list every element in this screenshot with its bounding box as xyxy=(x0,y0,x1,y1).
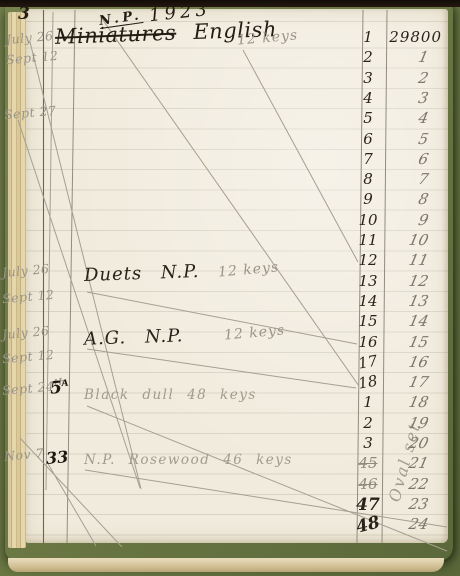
serial-number: 24 xyxy=(382,515,446,535)
serial-number: 18 xyxy=(382,393,446,413)
serial-number: 15 xyxy=(382,333,446,353)
item-number-column: 12345678910111213141516171812345464748 xyxy=(352,0,384,576)
item-number: 6 xyxy=(352,130,384,150)
serial-number: 3 xyxy=(382,89,446,109)
item-number: 10 xyxy=(352,211,384,231)
serial-number: 16 xyxy=(382,353,446,373)
item-number: 1 xyxy=(352,28,384,48)
serial-number: 4 xyxy=(382,109,446,129)
serial-number: 5 xyxy=(382,130,446,150)
item-number: 1 xyxy=(352,393,384,413)
item-number: 7 xyxy=(352,150,384,170)
serial-number: 13 xyxy=(382,292,446,312)
entry-duets-label: Duets N.P. xyxy=(84,261,200,286)
entry-black-label: Black dull 48 keys xyxy=(84,387,257,403)
item-number: 18 xyxy=(351,370,386,395)
item-number: 3 xyxy=(352,434,384,454)
entry-rosewood-label: N.P. Rosewood 46 keys xyxy=(84,452,293,468)
item-number: 9 xyxy=(352,190,384,210)
serial-number: 22 xyxy=(382,475,446,495)
item-number: 2 xyxy=(352,48,384,68)
item-number: 2 xyxy=(352,414,384,434)
item-number: 16 xyxy=(352,333,384,353)
serial-number: 20 xyxy=(382,434,446,454)
serial-number: 14 xyxy=(382,312,446,332)
serial-number-column: 2980012345678910111213141516171819202122… xyxy=(384,0,444,576)
item-number: 12 xyxy=(352,251,384,271)
serial-number: 19 xyxy=(382,414,446,434)
serial-number: 11 xyxy=(382,251,446,271)
item-number: 46 xyxy=(352,475,384,495)
serial-number: 10 xyxy=(382,231,446,251)
serial-number: 17 xyxy=(382,373,446,393)
item-number: 15 xyxy=(352,312,384,332)
ledger-photo: 3 N.P. 1923 Miniatures English 12 keys J… xyxy=(0,0,460,576)
serial-number: 21 xyxy=(382,454,446,474)
serial-number: 2 xyxy=(382,69,446,89)
item-number: 11 xyxy=(352,231,384,251)
item-number: 13 xyxy=(352,272,384,292)
item-number: 3 xyxy=(352,69,384,89)
serial-number: 29800 xyxy=(384,28,444,48)
serial-number: 8 xyxy=(382,190,446,210)
entry-black-batch: 5A xyxy=(49,377,69,399)
ledger-content: 3 N.P. 1923 Miniatures English 12 keys J… xyxy=(0,0,460,576)
entry-ag-label: A.G. N.P. xyxy=(84,325,184,349)
item-number: 8 xyxy=(352,170,384,190)
heading-title-word1: Miniatures xyxy=(55,21,177,49)
entry-rosewood-batch: 33 xyxy=(45,447,69,468)
serial-number: 7 xyxy=(382,170,446,190)
item-number: 4 xyxy=(352,89,384,109)
photo-top-edge xyxy=(0,0,460,7)
serial-number: 23 xyxy=(382,495,446,515)
item-number: 45 xyxy=(352,454,384,474)
serial-number: 9 xyxy=(382,211,446,231)
item-number: 48 xyxy=(350,512,386,539)
serial-number: 6 xyxy=(382,150,446,170)
item-number: 14 xyxy=(352,292,384,312)
serial-number: 12 xyxy=(382,272,446,292)
item-number: 5 xyxy=(352,109,384,129)
page-number: 3 xyxy=(18,4,30,24)
serial-number: 1 xyxy=(382,48,446,68)
entry-black-batch-letter: A xyxy=(61,379,69,390)
